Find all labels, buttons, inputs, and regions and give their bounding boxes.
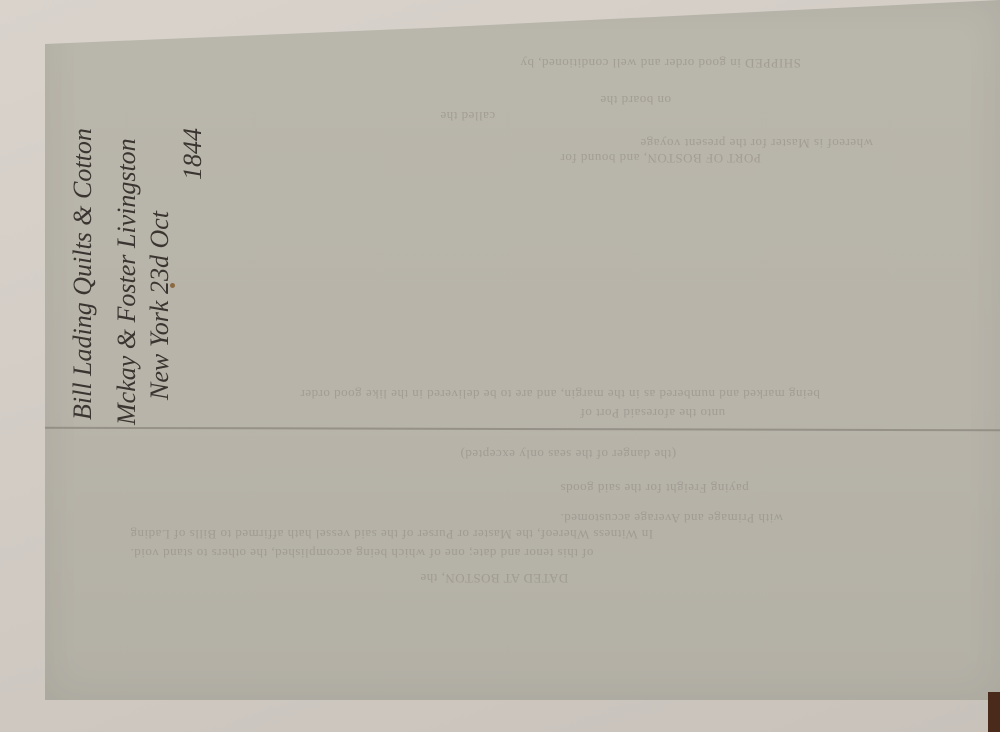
handwritten-line-1: Bill Lading Quilts & Cotton bbox=[68, 128, 98, 420]
bleed-text: called the bbox=[440, 108, 495, 124]
bleed-text: unto the aforesaid Port of bbox=[580, 405, 725, 421]
handwritten-line-3: New York 23d Oct bbox=[145, 211, 175, 400]
bleed-text: PORT OF BOSTON, and bound for bbox=[560, 150, 761, 166]
bleed-text: whereof is Master for the present voyage bbox=[640, 135, 873, 151]
bleed-text: with Primage and Average accustomed. bbox=[560, 510, 783, 526]
bleed-text: of this tenor and date; one of which bei… bbox=[130, 545, 593, 561]
bleed-text: on board the bbox=[600, 92, 671, 108]
bleed-text: In Witness Whereof, the Master or Purser… bbox=[130, 526, 653, 542]
background-object bbox=[988, 692, 1000, 732]
handwritten-line-2: Mckay & Foster Livingston bbox=[112, 138, 142, 425]
bleed-text: DATED AT BOSTON, the bbox=[420, 570, 568, 586]
ink-stain bbox=[170, 283, 175, 288]
handwritten-line-4: 1844 bbox=[178, 128, 208, 180]
bleed-text: being marked and numbered as in the marg… bbox=[300, 386, 820, 402]
document-paper bbox=[45, 0, 1000, 700]
bleed-text: SHIPPED in good order and well condition… bbox=[520, 55, 801, 71]
bleed-text: (the danger of the seas only excepted) bbox=[460, 446, 676, 462]
bleed-text: paying Freight for the said goods bbox=[560, 480, 749, 496]
